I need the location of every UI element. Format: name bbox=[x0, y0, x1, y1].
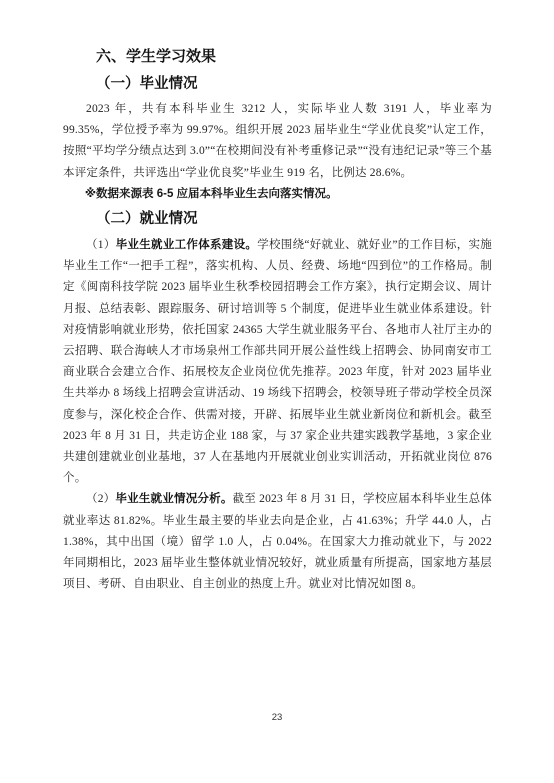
page-number: 23 bbox=[0, 712, 554, 723]
paragraph-employment-analysis: （2）毕业生就业情况分析。截至 2023 年 8 月 31 日，学校应届本科毕业… bbox=[63, 489, 492, 595]
document-page: 六、学生学习效果 （一）毕业情况 2023 年，共有本科毕业生 3212 人，实… bbox=[0, 0, 554, 783]
section-heading: 六、学生学习效果 bbox=[96, 47, 492, 67]
subsection-heading-graduation: （一）毕业情况 bbox=[96, 74, 492, 94]
paragraph-lead-employment-analysis: 毕业生就业情况分析。 bbox=[115, 493, 232, 505]
paragraph-text-employment-analysis: 截至 2023 年 8 月 31 日，学校应届本科毕业生总体就业率达 81.82… bbox=[63, 493, 492, 590]
list-number-2: （2） bbox=[86, 493, 115, 505]
paragraph-employment-system: （1）毕业生就业工作体系建设。学校围绕“好就业、就好业”的工作目标，实施毕业生工… bbox=[63, 235, 492, 489]
list-number-1: （1） bbox=[86, 239, 116, 251]
paragraph-text-employment-system: 学校围绕“好就业、就好业”的工作目标，实施毕业生工作“一把手工程”，落实机构、人… bbox=[63, 239, 492, 484]
data-source-note: ※数据来源表 6-5 应届本科毕业生去向落实情况。 bbox=[63, 184, 492, 205]
subsection-heading-employment: （二）就业情况 bbox=[96, 209, 492, 229]
paragraph-lead-employment-system: 毕业生就业工作体系建设。 bbox=[116, 239, 258, 251]
paragraph-graduation-stats: 2023 年，共有本科毕业生 3212 人，实际毕业人数 3191 人，毕业率为… bbox=[63, 99, 492, 184]
document-content: 六、学生学习效果 （一）毕业情况 2023 年，共有本科毕业生 3212 人，实… bbox=[63, 47, 492, 595]
